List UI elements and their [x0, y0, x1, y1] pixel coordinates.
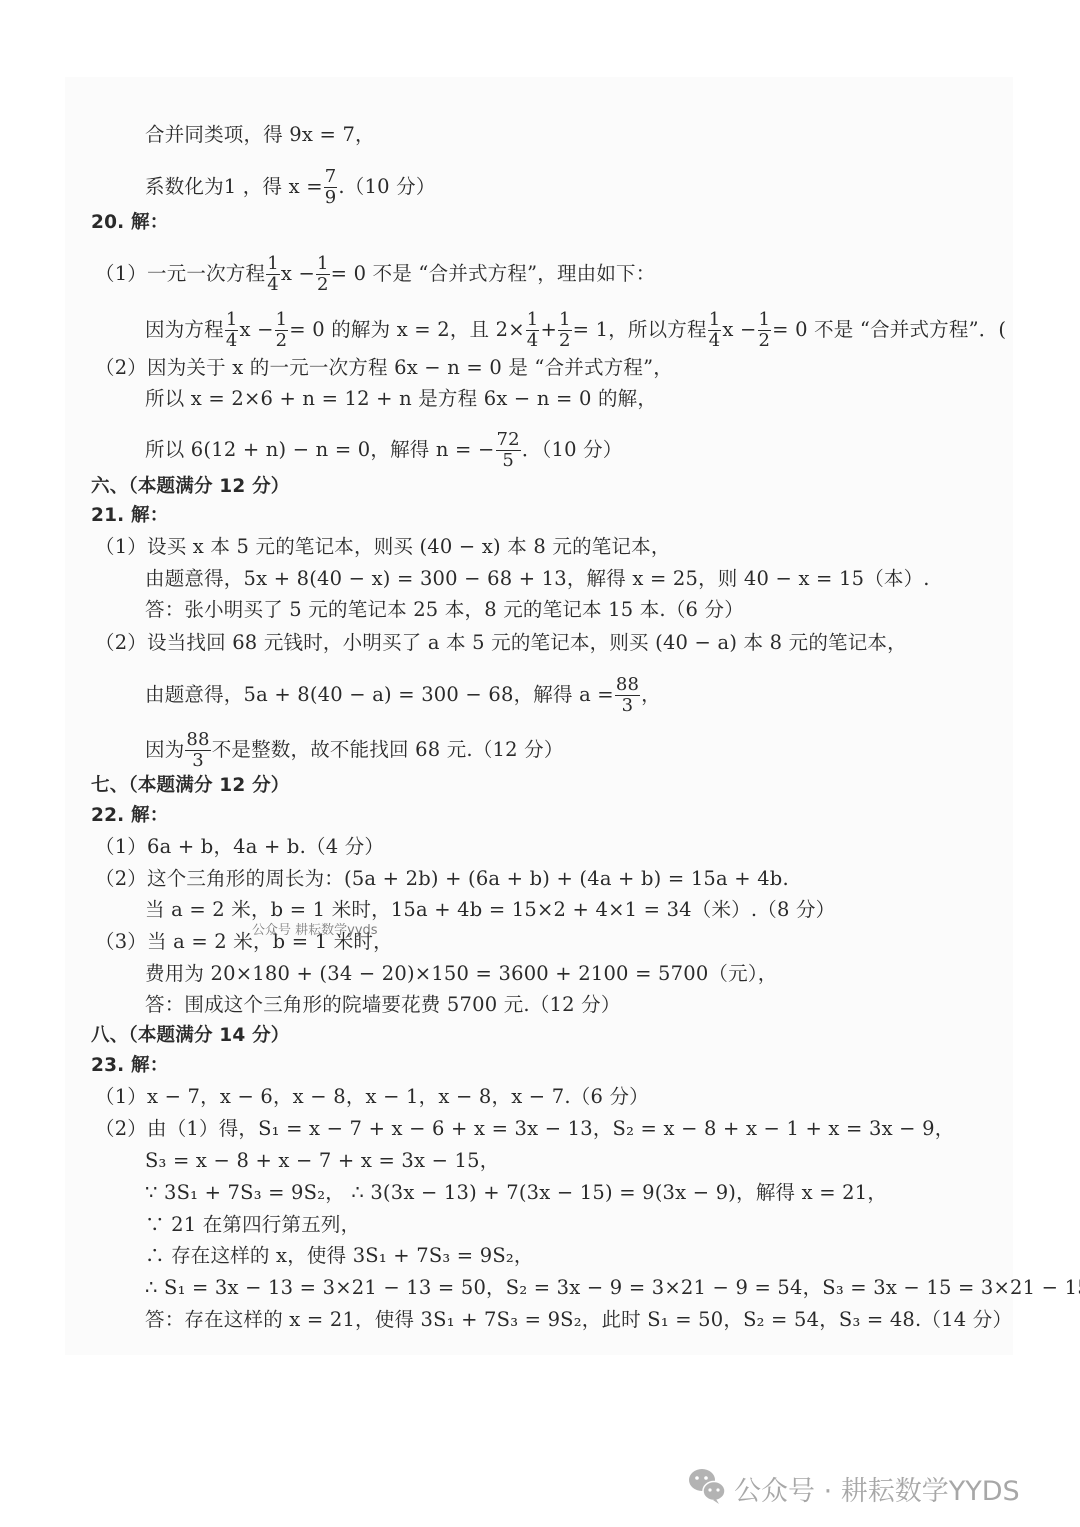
q21-part2-line1: （2）设当找回 68 元钱时，小明买了 a 本 5 元的笔记本，则买 (40 −… — [95, 630, 907, 656]
q21-part1-line2: 由题意得，5x + 8(40 − x) = 300 − 68 + 13，解得 x… — [145, 566, 930, 592]
section-8-heading: 八、（本题满分 14 分） — [91, 1023, 289, 1049]
q22-part3-line2: 费用为 20×180 + (34 − 20)×150 = 3600 + 2100… — [145, 961, 777, 987]
q21-part2-line2: 由题意得，5a + 8(40 − a) = 300 − 68，解得 a =883… — [145, 675, 661, 716]
wechat-icon — [686, 1465, 728, 1512]
fraction: 725 — [496, 430, 521, 471]
fraction: 14 — [708, 310, 722, 351]
q21-part2-conclusion: 因为883不是整数，故不能找回 68 元.（12 分） — [145, 730, 564, 771]
q23-part2-line2: S₃ = x − 8 + x − 7 + x = 3x − 15， — [145, 1148, 499, 1174]
section-7-heading: 七、（本题满分 12 分） — [91, 773, 289, 799]
q23-part2-line6: ∴ S₁ = 3x − 13 = 3×21 − 13 = 50，S₂ = 3x … — [145, 1275, 1080, 1301]
q20-part1-reason: 因为方程14x −12= 0 的解为 x = 2，且 2×14+12= 1，所以… — [145, 310, 1006, 351]
step-combine-like-terms: 合并同类项，得 9x = 7， — [145, 122, 375, 148]
q23-part2-answer: 答：存在这样的 x = 21，使得 3S₁ + 7S₃ = 9S₂，此时 S₁ … — [145, 1307, 1012, 1333]
question-21-heading: 21. 解： — [91, 503, 168, 529]
inline-watermark: 公众号 耕耘数学yyds — [252, 919, 378, 938]
q20-part1-statement: （1）一元一次方程14x −12= 0 不是 “合并式方程”，理由如下： — [95, 254, 655, 295]
q20-part2-line2: 所以 x = 2×6 + n = 12 + n 是方程 6x − n = 0 的… — [145, 386, 657, 412]
q22-part1: （1）6a + b，4a + b.（4 分） — [95, 834, 384, 860]
fraction: 883 — [185, 730, 210, 771]
fraction: 12 — [275, 310, 289, 351]
q21-part1-answer: 答：张小明买了 5 元的笔记本 25 本，8 元的笔记本 15 本.（6 分） — [145, 597, 744, 623]
section-6-heading: 六、（本题满分 12 分） — [91, 474, 289, 500]
fraction: 12 — [316, 254, 330, 295]
q20-part2-line3: 所以 6(12 + n) − n = 0，解得 n = −725．（10 分） — [145, 430, 622, 471]
q23-part2-line3: ∵ 3S₁ + 7S₃ = 9S₂， ∴ 3(3x − 13) + 7(3x −… — [145, 1180, 887, 1206]
fraction: 14 — [225, 310, 239, 351]
fraction: 14 — [266, 254, 280, 295]
fraction: 12 — [558, 310, 572, 351]
q22-part3-answer: 答：围成这个三角形的院墙要花费 5700 元.（12 分） — [145, 992, 621, 1018]
q23-part2-line5: ∴ 存在这样的 x，使得 3S₁ + 7S₃ = 9S₂， — [145, 1243, 534, 1269]
q21-part1-line1: （1）设买 x 本 5 元的笔记本，则买 (40 − x) 本 8 元的笔记本， — [95, 534, 671, 560]
footer-account-watermark: 公众号 · 耕耘数学YYDS — [686, 1465, 1020, 1512]
question-22-heading: 22. 解： — [91, 803, 168, 829]
q23-part2-line4: ∵ 21 在第四行第五列， — [145, 1212, 360, 1238]
fraction: 14 — [526, 310, 540, 351]
question-23-heading: 23. 解： — [91, 1053, 168, 1079]
fraction: 79 — [324, 167, 338, 208]
q20-part2-line1: （2）因为关于 x 的一元一次方程 6x − n = 0 是 “合并式方程”， — [95, 355, 673, 381]
fraction: 883 — [615, 675, 640, 716]
step-coefficient: 系数化为1 ，得 x =79.（10 分） — [145, 167, 436, 208]
q23-part1: （1）x − 7，x − 6，x − 8，x − 1，x − 8，x − 7.（… — [95, 1084, 649, 1110]
q23-part2-line1: （2）由（1）得，S₁ = x − 7 + x − 6 + x = 3x − 1… — [95, 1116, 954, 1142]
q22-part2-line1: （2）这个三角形的周长为：(5a + 2b) + (6a + b) + (4a … — [95, 866, 789, 892]
q22-part2-line2: 当 a = 2 米，b = 1 米时，15a + 4b = 15×2 + 4×1… — [145, 897, 835, 923]
fraction: 12 — [758, 310, 772, 351]
question-20-heading: 20. 解： — [91, 210, 168, 236]
footer-text: 公众号 · 耕耘数学YYDS — [734, 1469, 1020, 1508]
